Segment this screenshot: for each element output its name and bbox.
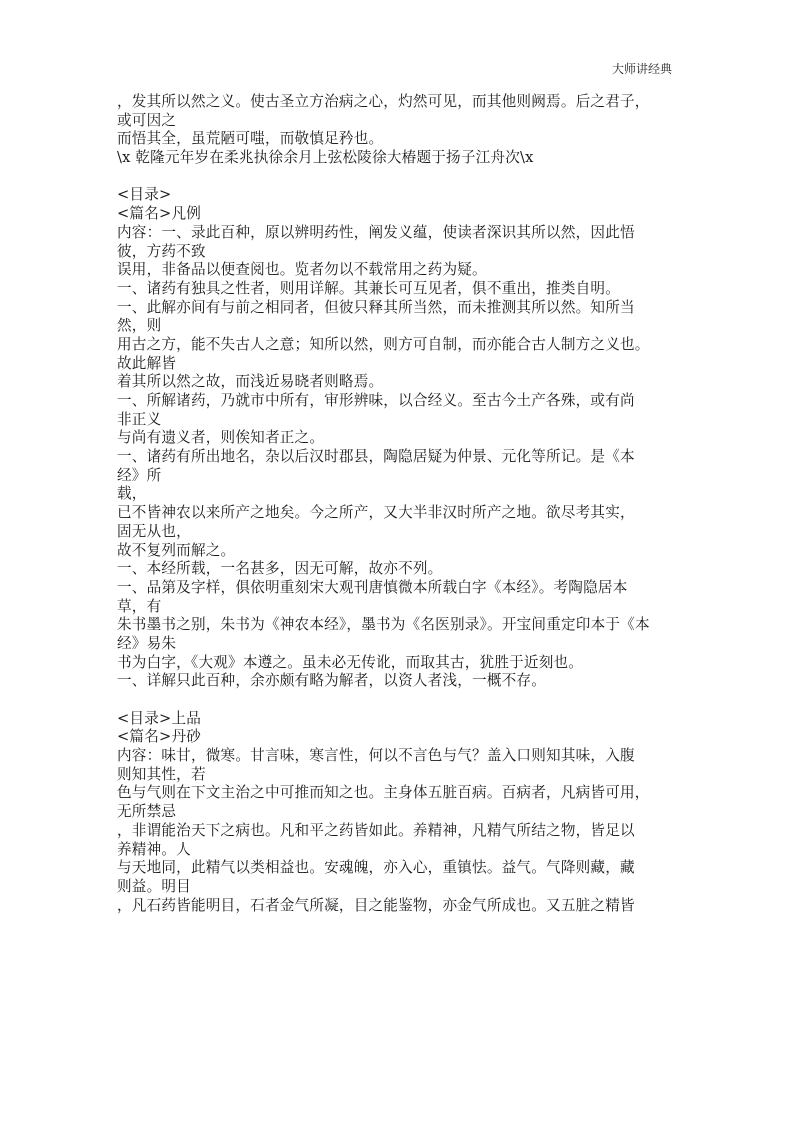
text-line: 而悟其全，虽荒陋可嗤，而敬慎足矜也。 bbox=[117, 130, 683, 149]
text-line: 则益。明目 bbox=[117, 878, 683, 897]
document-body: ，发其所以然之义。使古圣立方治病之心，灼然可见，而其他则阙焉。后之君子， 或可因… bbox=[117, 93, 683, 915]
text-line: 一、所解诸药，乃就市中所有，审形辨味，以合经义。至古今土产各殊，或有尚 bbox=[117, 392, 683, 411]
text-line: 色与气则在下文主治之中可推而知之也。主身体五脏百病。百病者，凡病皆可用， bbox=[117, 784, 683, 803]
text-line: 故此解皆 bbox=[117, 355, 683, 374]
text-line: 经》所 bbox=[117, 467, 683, 486]
text-line: 非正义 bbox=[117, 411, 683, 430]
blank-line bbox=[117, 168, 683, 187]
text-line: 草，有 bbox=[117, 598, 683, 617]
text-line: 一、诸药有独具之性者，则用详解。其兼长可互见者，俱不重出，推类自明。 bbox=[117, 280, 683, 299]
text-line: \x 乾隆元年岁在柔兆执徐余月上弦松陵徐大椿题于扬子江舟次\x bbox=[117, 149, 683, 168]
text-line: 一、详解只此百种，余亦颇有略为解者，以资人者浅，一概不存。 bbox=[117, 672, 683, 691]
chapter-title: <篇名>凡例 bbox=[117, 205, 683, 224]
text-line: 一、品第及字样，俱依明重刻宋大观刊唐慎微本所载白字《本经》。考陶隐居本 bbox=[117, 579, 683, 598]
text-line: 或可因之 bbox=[117, 112, 683, 131]
text-line: 经》易朱 bbox=[117, 635, 683, 654]
text-line: 则知其性，若 bbox=[117, 766, 683, 785]
text-line: 已不皆神农以来所产之地矣。今之所产，又大半非汉时所产之地。欲尽考其实， bbox=[117, 504, 683, 523]
text-line: ，发其所以然之义。使古圣立方治病之心，灼然可见，而其他则阙焉。后之君子， bbox=[117, 93, 683, 112]
text-line: 用古之方，能不失古人之意；知所以然，则方可自制，而亦能合古人制方之义也。 bbox=[117, 336, 683, 355]
text-line: 一、诸药有所出地名，杂以后汉时郡县，陶隐居疑为仲景、元化等所记。是《本 bbox=[117, 448, 683, 467]
text-line: ，非谓能治天下之病也。凡和平之药皆如此。养精神，凡精气所结之物，皆足以 bbox=[117, 822, 683, 841]
text-line: ，凡石药皆能明目，石者金气所凝，目之能鉴物，亦金气所成也。又五脏之精皆 bbox=[117, 897, 683, 916]
page-header-title: 大师讲经典 bbox=[612, 60, 672, 77]
text-line: 内容：味甘，微寒。甘言味，寒言性，何以不言色与气？盖入口则知其味，入腹 bbox=[117, 747, 683, 766]
text-line: 与天地同，此精气以类相益也。安魂魄，亦入心，重镇怯。益气。气降则藏，藏 bbox=[117, 859, 683, 878]
text-line: 一、本经所载，一名甚多，因无可解，故亦不列。 bbox=[117, 560, 683, 579]
text-line: 然，则 bbox=[117, 317, 683, 336]
text-line: 一、此解亦间有与前之相同者，但彼只释其所当然，而未推测其所以然。知所当 bbox=[117, 299, 683, 318]
text-line: 故不复列而解之。 bbox=[117, 542, 683, 561]
text-line: 朱书墨书之别，朱书为《神农本经》，墨书为《名医别录》。开宝间重定印本于《本 bbox=[117, 616, 683, 635]
text-line: 无所禁忌 bbox=[117, 803, 683, 822]
section-heading: <目录> bbox=[117, 186, 683, 205]
text-line: 误用，非备品以便查阅也。览者勿以不载常用之药为疑。 bbox=[117, 261, 683, 280]
text-line: 与尚有遗义者，则俟知者正之。 bbox=[117, 429, 683, 448]
text-line: 彼，方药不致 bbox=[117, 243, 683, 262]
text-line: 书为白字，《大观》本遵之。虽未必无传讹，而取其古，犹胜于近刻也。 bbox=[117, 654, 683, 673]
chapter-title: <篇名>丹砂 bbox=[117, 728, 683, 747]
text-line: 固无从也， bbox=[117, 523, 683, 542]
text-line: 着其所以然之故，而浅近易晓者则略焉。 bbox=[117, 373, 683, 392]
text-line: 内容：一、录此百种，原以辨明药性，阐发义蕴，使读者深识其所以然，因此悟 bbox=[117, 224, 683, 243]
section-heading: <目录>上品 bbox=[117, 710, 683, 729]
text-line: 载， bbox=[117, 485, 683, 504]
blank-line bbox=[117, 691, 683, 710]
text-line: 养精神。人 bbox=[117, 841, 683, 860]
